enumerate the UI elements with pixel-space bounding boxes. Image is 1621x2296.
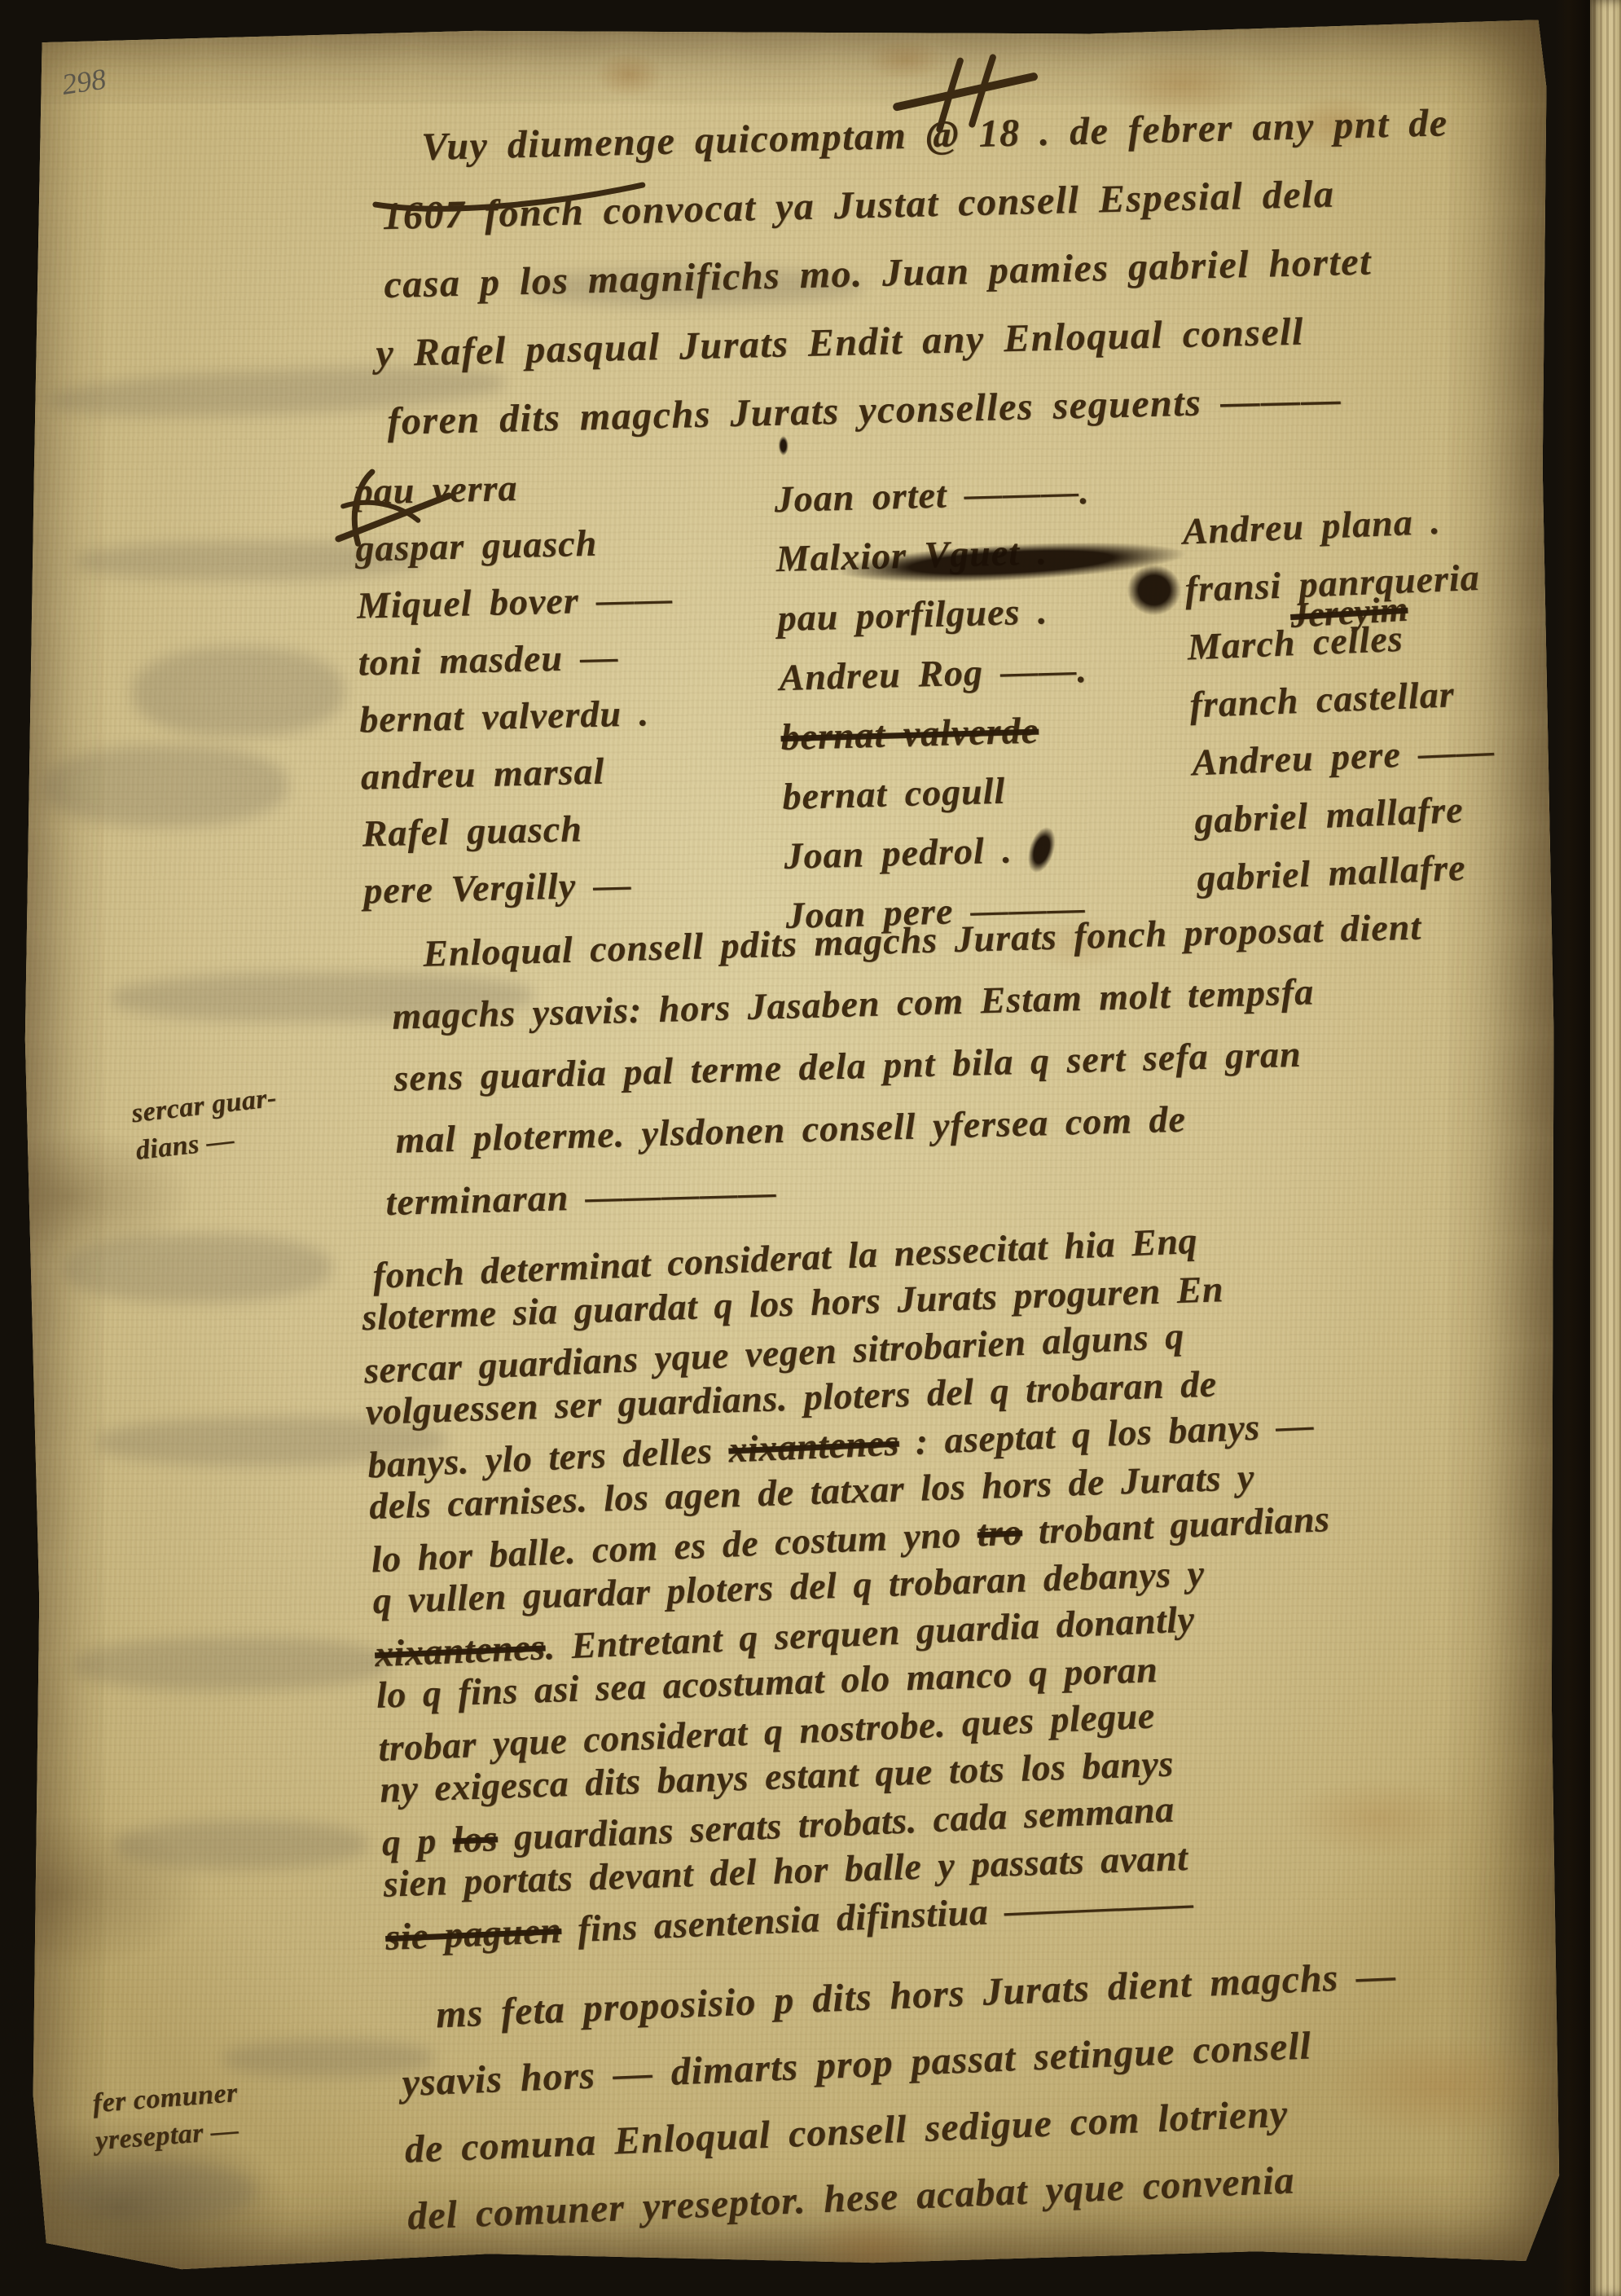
- margin-note-comuner: fer comuner yreseptar —: [91, 2074, 242, 2160]
- proposal-paragraph: Enloqual consell pdits magchs Jurats fon…: [390, 899, 1565, 1243]
- councillor-column-left: pau verra gaspar guasch Miquel bover —— …: [354, 463, 680, 926]
- councillor-name: bernat cogull: [782, 767, 1099, 834]
- manuscript-photo: 298 Vuy diumenge quicomptam @ 18 . de fe…: [0, 0, 1621, 2296]
- councillor-name: Andreu Rog ——.: [779, 648, 1096, 715]
- councillor-name: Joan ortet ———.: [774, 469, 1091, 537]
- opening-paragraph: Vuy diumenge quicomptam @ 18 . de febrer…: [380, 97, 1565, 468]
- underline-swash: [371, 177, 648, 214]
- councillor-name: andreu marsal: [360, 747, 678, 812]
- show-through-smudge: [60, 2162, 256, 2220]
- councillor-name-struck: Jereyim: [1289, 588, 1409, 636]
- councillor-name: Miquel bover ——: [356, 576, 674, 640]
- show-through-smudge: [63, 1233, 332, 1303]
- resolution-paragraph: fonch determinat considerat la nessecita…: [359, 1204, 1564, 1960]
- councillor-column-middle: Joan ortet ———. Malxior Vguet . pau porf…: [774, 469, 1102, 953]
- adjacent-page-edge: [1587, 0, 1621, 2296]
- folio-number: 298: [59, 62, 108, 102]
- councillor-name: Malxior Vguet .: [775, 529, 1092, 596]
- councillor-name: gaspar guasch: [355, 520, 673, 584]
- councillor-name: pau verra: [354, 463, 671, 527]
- book-gutter-shadow: [1554, 0, 1590, 2296]
- ink-blot: [1127, 565, 1181, 615]
- show-through-smudge: [115, 1819, 367, 1870]
- show-through-smudge: [73, 1636, 391, 1691]
- show-through-smudge: [43, 745, 288, 828]
- councillor-name: pere Vergilly —: [363, 861, 681, 926]
- commoner-paragraph: ms feta proposisio p dits hors Jurats di…: [398, 1944, 1564, 2261]
- councillor-name: bernat valverdu .: [359, 690, 677, 754]
- manuscript-page: 298 Vuy diumenge quicomptam @ 18 . de fe…: [15, 20, 1565, 2274]
- councillor-column-right: Andreu plana . fransi panrqueria March c…: [1182, 497, 1501, 914]
- show-through-smudge: [132, 646, 345, 737]
- margin-note-guardians: sercar guar- dians —: [130, 1080, 283, 1170]
- councillor-name: Joan pedrol .: [784, 826, 1100, 894]
- councillor-name: toni masdeu —: [358, 633, 675, 697]
- councillor-name-struck: bernat valverde: [780, 707, 1097, 775]
- councillor-name: Rafel guasch: [362, 804, 679, 869]
- councillor-name: pau porfilgues .: [777, 588, 1094, 656]
